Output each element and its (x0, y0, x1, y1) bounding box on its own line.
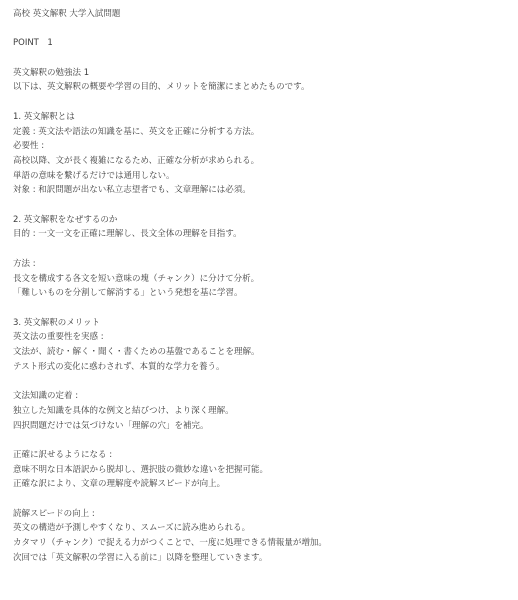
text-line: 読解スピードの向上 : (13, 507, 510, 522)
text-line: 正確な訳により、文章の理解度や読解スピードが向上。 (13, 477, 510, 492)
text-line: 必要性 : (13, 139, 510, 154)
intro-block: 英文解釈の勉強法 1 以下は、英文解釈の概要や学習の目的、メリットを簡潔にまとめ… (13, 66, 510, 95)
text-line: 四択問題だけでは気づけない「理解の穴」を補完。 (13, 419, 510, 434)
document-header: 高校 英文解釈 大学入試問題 (13, 7, 510, 22)
text-line: テスト形式の変化に惑わされず、本質的な学力を養う。 (13, 360, 510, 375)
text-line: 文法が、読む・解く・聞く・書くための基盤であることを理解。 (13, 345, 510, 360)
document-page: 高校 英文解釈 大学入試問題 POINT 1 英文解釈の勉強法 1 以下は、英文… (0, 0, 518, 600)
text-line: 「難しいものを分割して解消する」という発想を基に学習。 (13, 286, 510, 301)
point-block: POINT 1 (13, 36, 510, 51)
lesson-title: 英文解釈の勉強法 1 (13, 66, 510, 81)
section-2-block: 2. 英文解釈をなぜするのか 目的 : 一文一文を正確に理解し、長文全体の理解を… (13, 213, 510, 242)
section-2-method-block: 方法 : 長文を構成する各文を短い意味の塊（チャンク）に分けて分析。 「難しいも… (13, 257, 510, 301)
section-3-heading: 3. 英文解釈のメリット (13, 316, 510, 331)
text-line: 英文の構造が予測しやすくなり、スムーズに読み進められる。 (13, 521, 510, 536)
text-line: 高校以降、文が長く複雑になるため、正確な分析が求められる。 (13, 154, 510, 169)
accurate-translation-block: 正確に訳せるようになる : 意味不明な日本語訳から脱却し、選択肢の微妙な違いを把… (13, 448, 510, 492)
section-1-heading: 1. 英文解釈とは (13, 110, 510, 125)
closing-text: 次回では「英文解釈の学習に入る前に」以降を整理していきます。 (13, 551, 510, 566)
text-line: 方法 : (13, 257, 510, 272)
intro-text: 以下は、英文解釈の概要や学習の目的、メリットを簡潔にまとめたものです。 (13, 80, 510, 95)
text-line: カタマリ（チャンク）で捉える力がつくことで、一度に処理できる情報量が増加。 (13, 536, 510, 551)
doc-category-title: 高校 英文解釈 大学入試問題 (13, 7, 510, 22)
text-line: 意味不明な日本語訳から脱却し、選択肢の微妙な違いを把握可能。 (13, 463, 510, 478)
grammar-retention-block: 文法知識の定着 : 独立した知識を具体的な例文と結びつけ、より深く理解。 四択問… (13, 389, 510, 433)
section-2-heading: 2. 英文解釈をなぜするのか (13, 213, 510, 228)
text-line: 対象 : 和訳問題が出ない私立志望者でも、文章理解には必須。 (13, 183, 510, 198)
text-line: 長文を構成する各文を短い意味の塊（チャンク）に分けて分析。 (13, 272, 510, 287)
point-heading: POINT 1 (13, 36, 510, 51)
text-line: 独立した知識を具体的な例文と結びつけ、より深く理解。 (13, 404, 510, 419)
reading-speed-block: 読解スピードの向上 : 英文の構造が予測しやすくなり、スムーズに読み進められる。… (13, 507, 510, 566)
text-line: 単語の意味を繋げるだけでは通用しない。 (13, 169, 510, 184)
text-line: 正確に訳せるようになる : (13, 448, 510, 463)
section-1-block: 1. 英文解釈とは 定義 : 英文法や語法の知識を基に、英文を正確に分析する方法… (13, 110, 510, 198)
text-line: 文法知識の定着 : (13, 389, 510, 404)
text-line: 定義 : 英文法や語法の知識を基に、英文を正確に分析する方法。 (13, 125, 510, 140)
section-3-block: 3. 英文解釈のメリット 英文法の重要性を実感 : 文法が、読む・解く・聞く・書… (13, 316, 510, 375)
text-line: 英文法の重要性を実感 : (13, 330, 510, 345)
text-line: 目的 : 一文一文を正確に理解し、長文全体の理解を目指す。 (13, 227, 510, 242)
